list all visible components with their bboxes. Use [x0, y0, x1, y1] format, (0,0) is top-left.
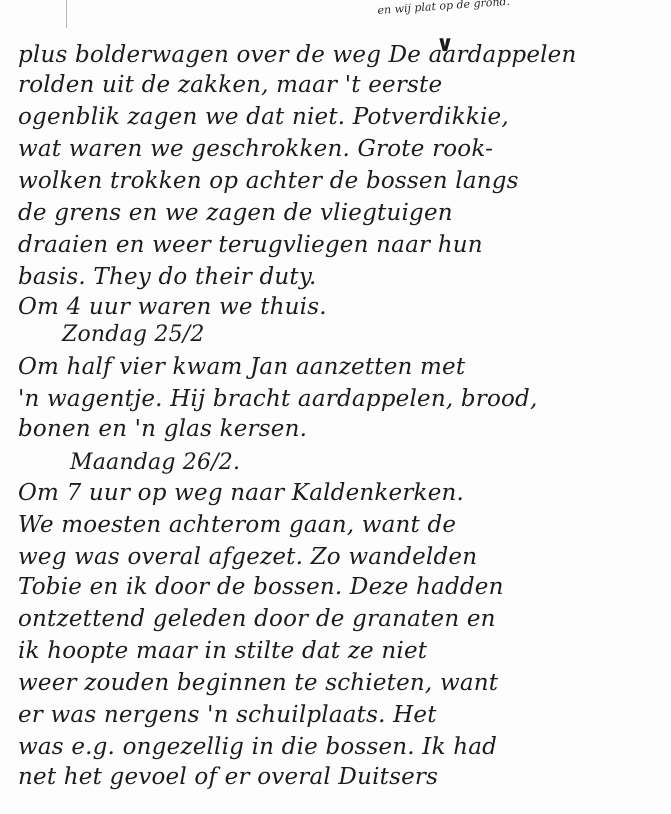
text-line: Om half vier kwam Jan aanzetten met — [18, 354, 465, 380]
text-line: wat waren we geschrokken. Grote rook- — [18, 136, 493, 162]
text-line: We moesten achterom gaan, want de — [18, 512, 456, 538]
text-line: basis. They do their duty. — [18, 264, 317, 290]
text-line: Om 4 uur waren we thuis. — [18, 294, 327, 320]
date-heading: Zondag 25/2 — [62, 322, 205, 347]
text-line: weg was overal afgezet. Zo wandelden — [18, 544, 477, 570]
text-line: ogenblik zagen we dat niet. Potverdikkie… — [18, 104, 509, 130]
diary-page: en wij plat op de grond. ∨ plus bolderwa… — [0, 0, 671, 814]
text-line: ik hoopte maar in stilte dat ze niet — [18, 638, 427, 664]
text-line: plus bolderwagen over de weg De aardappe… — [18, 42, 577, 68]
text-line: net het gevoel of er overal Duitsers — [18, 764, 438, 790]
text-line: rolden uit de zakken, maar 't eerste — [18, 72, 442, 98]
date-heading: Maandag 26/2. — [70, 450, 240, 475]
insertion-note: en wij plat op de grond. — [377, 0, 510, 17]
text-line: er was nergens 'n schuilplaats. Het — [18, 702, 437, 728]
text-line: wolken trokken op achter de bossen langs — [18, 168, 519, 194]
text-line: de grens en we zagen de vliegtuigen — [18, 200, 453, 226]
text-line: Tobie en ik door de bossen. Deze hadden — [18, 574, 504, 600]
text-line: draaien en weer terugvliegen naar hun — [18, 232, 483, 258]
text-line: was e.g. ongezellig in die bossen. Ik ha… — [18, 734, 497, 760]
text-line: bonen en 'n glas kersen. — [18, 416, 307, 442]
text-line: weer zouden beginnen te schieten, want — [18, 670, 498, 696]
margin-line — [66, 0, 67, 28]
text-line: ontzettend geleden door de granaten en — [18, 606, 496, 632]
text-line: 'n wagentje. Hij bracht aardappelen, bro… — [18, 386, 538, 412]
text-line: Om 7 uur op weg naar Kaldenkerken. — [18, 480, 464, 506]
